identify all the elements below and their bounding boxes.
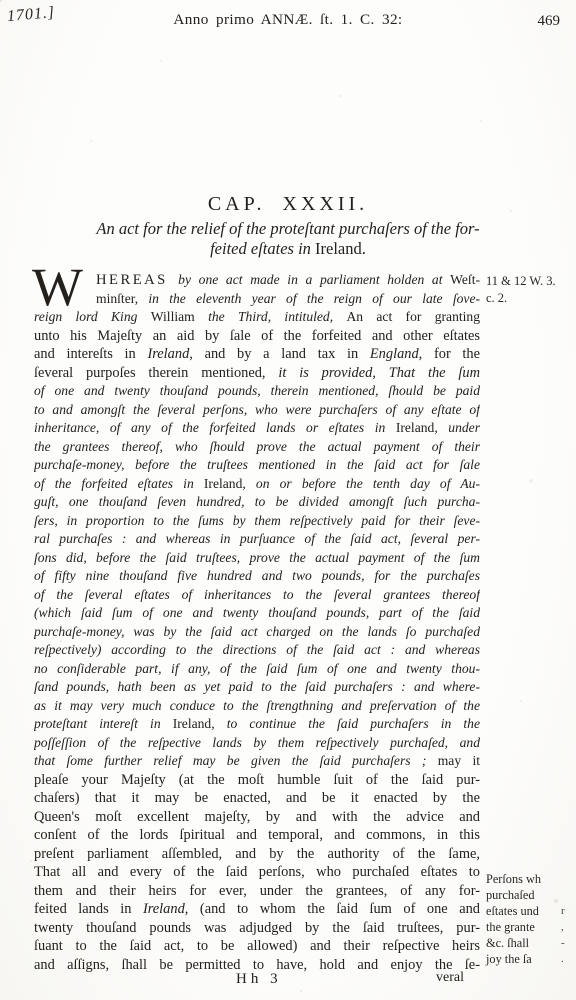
body-text-line: reign lord King William the Third, intit… xyxy=(34,308,480,327)
margin-note-line: , xyxy=(561,919,565,935)
text-segment: proteſtant intereſt in xyxy=(34,716,173,731)
text-segment: Ireland xyxy=(173,716,212,731)
body-text-line: Queen's moſt excellent majeſty, by and w… xyxy=(34,808,480,827)
text-segment: the grantees thereof, who ſhould prove t… xyxy=(34,439,480,454)
text-segment: in the eleventh year of the reign of our… xyxy=(148,291,480,306)
body-text-line: of the forfeited eſtates in Ireland, on … xyxy=(34,475,480,494)
text-segment: feited lands in xyxy=(34,901,143,917)
text-segment: no conſiderable part, if any, of the ſai… xyxy=(34,661,480,676)
text-segment: , and by a land tax in xyxy=(189,346,370,362)
text-segment: ſers, in proportion to the ſums by them … xyxy=(34,513,480,528)
text-segment: as it may very much conduce to the ſtren… xyxy=(34,698,480,713)
text-segment: , for the xyxy=(419,346,480,362)
body-text-line: ſeveral purpoſes therein mentioned, it i… xyxy=(34,364,480,383)
body-text-line: the grantees thereof, who ſhould prove t… xyxy=(34,438,480,457)
text-segment: guſt, one thouſand ſeven hundred, to be … xyxy=(34,494,480,509)
text-segment: , to continue the ſaid purchaſers in the xyxy=(211,716,480,731)
body-text-line: ral purchaſes : and whereas in purſuance… xyxy=(34,530,480,549)
body-text-line: of one and twenty thouſand pounds, there… xyxy=(34,382,480,401)
text-segment: them and their heirs for ever, under the… xyxy=(34,883,480,899)
body-text-line: ſuant to the ſaid act, to be allowed) an… xyxy=(34,937,480,956)
drop-cap-letter: W xyxy=(32,264,83,310)
text-segment: William xyxy=(151,309,208,324)
body-text-line: to and amongſt the ſeveral perſons, who … xyxy=(34,401,480,420)
body-text-line: That all and every of the ſaid perſons, … xyxy=(34,863,480,882)
text-segment: of the ſeveral eſtates of inheritances t… xyxy=(34,587,480,602)
text-segment: , (and to whom the ſaid ſum of one and xyxy=(185,901,480,917)
text-segment: the Third, intituled, xyxy=(208,309,346,324)
text-segment: chaſers) that it may be enacted, and be … xyxy=(34,790,480,806)
text-segment: HEREAS xyxy=(96,272,178,288)
text-segment: , under xyxy=(434,420,480,435)
header-running-title: Anno primo ANNÆ. ſt. 1. C. 32: xyxy=(0,11,576,29)
text-segment: preſent parliament aſſembled, and by the… xyxy=(34,846,480,862)
text-segment: That all and every of the ſaid perſons, … xyxy=(34,864,480,880)
text-segment: minſter, xyxy=(96,291,148,306)
catchword: veral xyxy=(436,970,464,986)
text-segment: reſpectively) according to the direction… xyxy=(34,642,480,657)
scan-noise-speckles xyxy=(0,0,2,2)
text-segment: of the forfeited eſtates in xyxy=(34,476,204,491)
body-text-line: ſers, in proportion to the ſums by them … xyxy=(34,512,480,531)
body-text-line: HEREAS by one act made in a parliament h… xyxy=(34,271,480,290)
margin-note-line: - xyxy=(561,935,565,951)
margin-note-line: 11 & 12 W. 3. xyxy=(486,273,576,290)
signature-mark: Hh 3 xyxy=(236,971,282,988)
text-segment: An act for granting xyxy=(346,309,480,324)
text-segment: conſent of the lords ſpiritual and tempo… xyxy=(34,827,480,843)
text-segment: Queen's moſt excellent majeſty, by and w… xyxy=(34,809,480,825)
text-segment: of one and twenty thouſand pounds, there… xyxy=(34,383,480,398)
body-lines: HEREAS by one act made in a parliament h… xyxy=(34,271,480,974)
text-segment: pleaſe your Majeſty (at the moſt humble … xyxy=(34,772,480,788)
text-segment: that ſome further relief may be given th… xyxy=(34,753,438,768)
body-text-line: purchaſe-money, was by the ſaid act char… xyxy=(34,623,480,642)
text-segment: purchaſe-money, before the truſtees ment… xyxy=(34,457,480,472)
body-text-line: no conſiderable part, if any, of the ſai… xyxy=(34,660,480,679)
body-text-line: of fifty nine thouſand five hundred and … xyxy=(34,567,480,586)
margin-note-line: . xyxy=(561,951,565,967)
text-segment: An act for the relief of the proteſtant … xyxy=(96,219,479,238)
body-text-line: unto his Majeſty an aid by ſale of the f… xyxy=(34,327,480,346)
text-segment: Ireland xyxy=(396,420,435,435)
body-text-line: twenty thouſand pounds was adjudged by t… xyxy=(34,919,480,938)
body-text-line: poſſeſſion of the reſpective lands by th… xyxy=(34,734,480,753)
text-segment: by one act made in a parliament holden a… xyxy=(178,272,450,287)
margin-note-line: purchaſed xyxy=(486,887,576,903)
text-segment: ſeveral purpoſes therein mentioned, xyxy=(34,365,278,381)
text-segment: Weſt- xyxy=(450,272,480,287)
body-text-line: that ſome further relief may be given th… xyxy=(34,752,480,771)
text-segment: Ireland xyxy=(143,901,185,917)
body-text-line: ſons did, before the ſaid truſtees, prov… xyxy=(34,549,480,568)
body-text-line: feited lands in Ireland, (and to whom th… xyxy=(34,900,480,919)
body-text-line: preſent parliament aſſembled, and by the… xyxy=(34,845,480,864)
text-segment: Ireland. xyxy=(315,239,366,258)
chapter-heading: CAP. XXXII. xyxy=(0,193,576,216)
text-segment: of fifty nine thouſand five hundred and … xyxy=(34,568,480,583)
act-body-text: W HEREAS by one act made in a parliament… xyxy=(34,271,480,974)
text-segment: ſuant to the ſaid act, to be allowed) an… xyxy=(34,938,480,954)
body-text-line: them and their heirs for ever, under the… xyxy=(34,882,480,901)
text-segment: to and amongſt the ſeveral perſons, who … xyxy=(34,402,480,417)
text-segment: poſſeſſion of the reſpective lands by th… xyxy=(34,735,480,750)
text-segment: purchaſe-money, was by the ſaid act char… xyxy=(34,624,480,639)
body-text-line: and intereſts in Ireland, and by a land … xyxy=(34,345,480,364)
margin-note-line: r xyxy=(561,903,565,919)
text-segment: feited eſtates in xyxy=(210,239,315,258)
body-text-line: as it may very much conduce to the ſtren… xyxy=(34,697,480,716)
body-text-line: guſt, one thouſand ſeven hundred, to be … xyxy=(34,493,480,512)
body-text-line: conſent of the lords ſpiritual and tempo… xyxy=(34,826,480,845)
text-segment: , on or before the tenth day of Au- xyxy=(242,476,480,491)
text-segment: (which ſaid ſum of one and twenty thouſa… xyxy=(34,605,480,620)
clipped-edge-fragments: r,-. xyxy=(561,903,565,967)
body-text-line: inheritance, of any of the forfeited lan… xyxy=(34,419,480,438)
body-text-line: proteſtant intereſt in Ireland, to conti… xyxy=(34,715,480,734)
text-segment: and intereſts in xyxy=(34,346,147,362)
text-segment: England xyxy=(370,346,419,362)
text-segment: unto his Majeſty an aid by ſale of the f… xyxy=(34,328,480,344)
body-text-line: purchaſe-money, before the truſtees ment… xyxy=(34,456,480,475)
body-text-line: of the ſeveral eſtates of inheritances t… xyxy=(34,586,480,605)
text-segment: ral purchaſes : and whereas in purſuance… xyxy=(34,531,480,546)
text-segment: may it xyxy=(438,753,480,768)
subtitle-line: An act for the relief of the proteſtant … xyxy=(0,219,576,239)
text-segment: twenty thouſand pounds was adjudged by t… xyxy=(34,920,480,936)
body-text-line: reſpectively) according to the direction… xyxy=(34,641,480,660)
body-text-line: pleaſe your Majeſty (at the moſt humble … xyxy=(34,771,480,790)
header-page-number: 469 xyxy=(538,13,561,30)
text-segment: inheritance, of any of the forfeited lan… xyxy=(34,420,396,435)
text-segment: ſand pounds, hath been as yet paid to th… xyxy=(34,679,480,694)
body-text-line: chaſers) that it may be enacted, and be … xyxy=(34,789,480,808)
body-text-line: ſand pounds, hath been as yet paid to th… xyxy=(34,678,480,697)
margin-note-statute-citation: 11 & 12 W. 3.c. 2. xyxy=(486,273,576,307)
margin-note-line: Perſons wh xyxy=(486,871,576,887)
text-segment: Ireland xyxy=(204,476,243,491)
chapter-subtitle: An act for the relief of the proteſtant … xyxy=(0,219,576,258)
text-segment: Ireland xyxy=(147,346,189,362)
body-text-line: (which ſaid ſum of one and twenty thouſa… xyxy=(34,604,480,623)
margin-note-line: c. 2. xyxy=(486,290,576,307)
subtitle-line: feited eſtates in Ireland. xyxy=(0,239,576,259)
text-segment: ſons did, before the ſaid truſtees, prov… xyxy=(34,550,480,565)
text-segment: it is provided, That the ſum xyxy=(278,365,480,381)
body-text-line: minſter, in the eleventh year of the rei… xyxy=(34,290,480,309)
scanned-act-page: 1701.] Anno primo ANNÆ. ſt. 1. C. 32: 46… xyxy=(0,0,576,1000)
